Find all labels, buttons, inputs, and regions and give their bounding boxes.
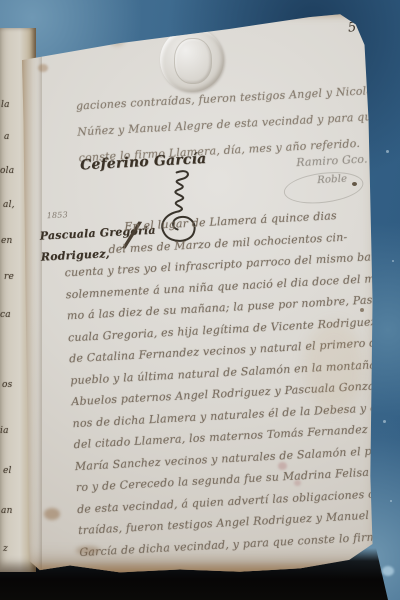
spine-text-fragment: la bbox=[1, 100, 10, 110]
fabric-speck bbox=[390, 500, 392, 502]
witness-signature-flourish bbox=[282, 168, 365, 208]
spine-text-fragment: al, bbox=[3, 200, 15, 210]
fabric-speck bbox=[386, 150, 389, 153]
paper-discoloration bbox=[304, 322, 364, 412]
ink-speck bbox=[360, 308, 364, 312]
fabric-speck bbox=[383, 420, 386, 423]
ink-speck bbox=[352, 182, 357, 186]
spine-text-fragment: el bbox=[3, 466, 12, 476]
spine-text-fragment: z bbox=[3, 544, 8, 554]
paper-stain bbox=[278, 462, 287, 470]
witness-signature-line1: Ramiro Gco. bbox=[296, 152, 368, 169]
spine-text-fragment: ola bbox=[0, 166, 14, 176]
spine-text-fragment: an bbox=[1, 506, 13, 516]
fabric-knot bbox=[382, 566, 394, 576]
paper-stain bbox=[294, 480, 301, 486]
paper-stain bbox=[38, 64, 48, 72]
spine-text-fragment: ia bbox=[0, 426, 9, 436]
manuscript-page: 5ª gaciones contraídas, fueron testigos … bbox=[18, 12, 382, 578]
spine-text-fragment: en bbox=[1, 236, 13, 246]
photo-of-parish-register: la a ola al, en re ca os ia el an z 5ª g… bbox=[0, 0, 400, 600]
paper-stain bbox=[44, 508, 60, 520]
paper-stain bbox=[76, 546, 100, 555]
spine-text-fragment: os bbox=[2, 380, 12, 390]
spine-text-fragment: a bbox=[4, 132, 10, 142]
embossed-seal-inner-shield bbox=[174, 38, 212, 84]
spine-text-fragment: re bbox=[4, 272, 14, 282]
spine-text-fragment: ca bbox=[0, 310, 11, 320]
fabric-speck bbox=[392, 260, 394, 262]
